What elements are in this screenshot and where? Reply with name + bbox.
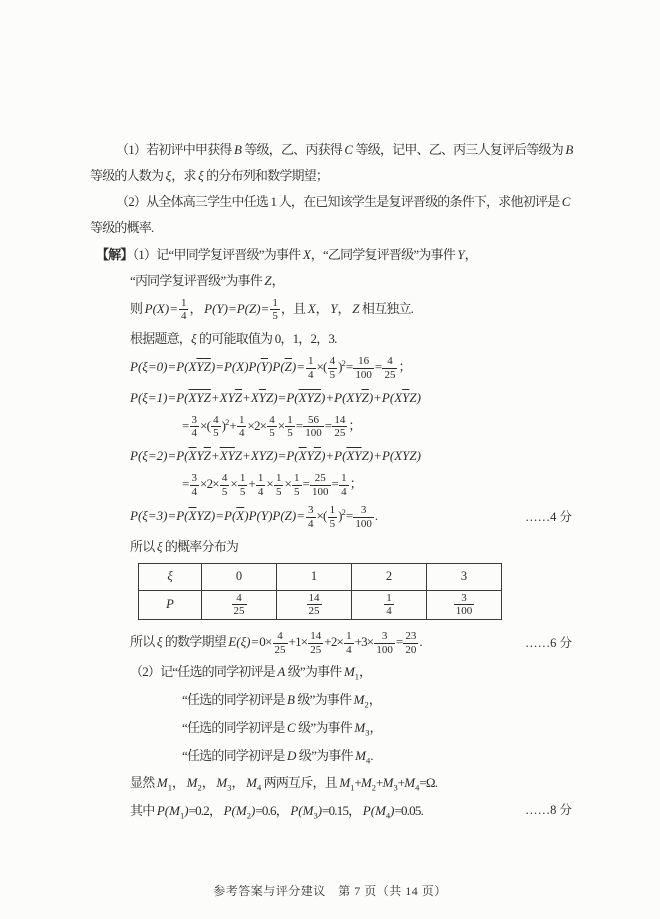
math-run: )+P(X bbox=[369, 390, 402, 405]
text-run: × bbox=[266, 476, 273, 491]
math-run: P(ξ=2)=P( bbox=[130, 448, 188, 463]
fraction: 25100 bbox=[310, 472, 331, 498]
score-marker: ……4 分 bbox=[525, 508, 572, 527]
text-run: × bbox=[230, 476, 237, 491]
solution-event-z: “丙同学复评晋级”为事件 Z， bbox=[130, 271, 576, 291]
text-run: +2× bbox=[324, 634, 343, 649]
formula-p-xi-2: P(ξ=2)=P(XYZ+XYZ+XYZ)=P(XYZ)+P(XYZ)+P(XY… bbox=[130, 446, 576, 466]
score-marker: ……6 分 bbox=[525, 634, 572, 653]
text-run: 级”为事件 bbox=[296, 720, 355, 735]
text-run: （1）记“甲同学复评晋级”为事件 bbox=[133, 247, 303, 262]
math-run: )= bbox=[292, 359, 305, 374]
fraction: 425 bbox=[273, 630, 288, 656]
text-run: = bbox=[182, 476, 189, 491]
text-run: =0.15， bbox=[322, 803, 363, 818]
math-overline-run: Y bbox=[196, 359, 203, 374]
table-cell: 3100 bbox=[427, 590, 502, 619]
text-run: = bbox=[296, 418, 303, 433]
text-run: 所以 bbox=[130, 539, 157, 554]
fraction: 2320 bbox=[403, 630, 418, 656]
math-run: Y bbox=[330, 301, 337, 316]
math-overline-run: XYZ bbox=[188, 390, 210, 405]
text-run: ，且 bbox=[281, 301, 308, 316]
math-run: Z)+P(XYZ) bbox=[362, 448, 421, 463]
fraction: 15 bbox=[292, 472, 302, 498]
text-run: = bbox=[325, 418, 332, 433]
math-run: YZ)=P( bbox=[196, 509, 236, 524]
text-run: （2）记“任选的同学初评是 bbox=[130, 664, 277, 679]
fraction: 15 bbox=[274, 472, 284, 498]
fraction: 34 bbox=[306, 504, 316, 530]
text-run: ， bbox=[359, 664, 371, 679]
math-run: X bbox=[308, 301, 316, 316]
fraction: 425 bbox=[382, 355, 397, 381]
table-cell: 2 bbox=[352, 563, 427, 590]
table-cell: 3 bbox=[427, 563, 502, 590]
text-run: = bbox=[396, 634, 403, 649]
text-run: = bbox=[375, 359, 382, 374]
problem-part1-line1: （1）若初评中甲获得 B 等级，乙、丙获得 C 等级，记甲、乙、丙三人复评后等级… bbox=[116, 140, 576, 160]
text-run: = bbox=[332, 476, 339, 491]
table-cell: P bbox=[139, 590, 202, 619]
text-run: 3 bbox=[461, 569, 467, 583]
text-run: ×( bbox=[317, 509, 327, 524]
fraction: 14 bbox=[306, 355, 316, 381]
part2-mutual-exclusive: 显然 M1， M2， M3， M4 两两互斥，且 M1+M2+M3+M4=Ω. bbox=[130, 773, 576, 795]
fraction: 1425 bbox=[308, 630, 323, 656]
text-run: ， bbox=[172, 775, 187, 790]
part2-event-m4: “任选的同学初评是 D 级”为事件 M4. bbox=[182, 746, 576, 768]
text-run: = bbox=[346, 509, 353, 524]
formula-p-xi-0: P(ξ=0)=P(XYZ)=P(X)P(Y)P(Z)=14×(45)2=1610… bbox=[130, 355, 576, 381]
text-run: 1 bbox=[311, 569, 317, 583]
math-overline-run: Z bbox=[204, 359, 211, 374]
fraction: 45 bbox=[267, 414, 277, 440]
math-run: Z bbox=[264, 273, 271, 288]
text-run: 相互独立. bbox=[359, 301, 413, 316]
fraction: 425 bbox=[232, 592, 247, 618]
document-content: （1）若初评中甲获得 B 等级，乙、丙获得 C 等级，记甲、乙、丙三人复评后等级… bbox=[90, 140, 576, 829]
math-run: C bbox=[562, 194, 571, 209]
table-row: P4251425143100 bbox=[139, 590, 502, 619]
text-run: “任选的同学初评是 bbox=[182, 692, 287, 707]
page-footer: 参考答案与评分建议 第 7 页（共 14 页） bbox=[0, 882, 660, 899]
text-run: =0.2， bbox=[189, 803, 224, 818]
text-run: ， bbox=[202, 775, 217, 790]
text-run: . bbox=[419, 634, 421, 649]
distribution-table: ξ0123P4251425143100 bbox=[138, 563, 502, 620]
text-run: . bbox=[370, 748, 372, 763]
text-run: 等级，乙、丙获得 bbox=[242, 142, 345, 157]
math-run: M bbox=[355, 748, 366, 763]
text-run: 其中 bbox=[130, 803, 157, 818]
text-run: 的分布列和数学期望； bbox=[204, 168, 328, 183]
fraction: 56100 bbox=[303, 414, 324, 440]
math-run: M bbox=[361, 775, 372, 790]
math-run: M bbox=[157, 775, 168, 790]
math-run: M bbox=[187, 775, 198, 790]
solution-probabilities: 则 P(X)=14， P(Y)=P(Z)=15，且 X， Y， Z 相互独立. bbox=[130, 297, 576, 323]
math-run: P(M bbox=[363, 803, 386, 818]
math-run: P(ξ=0)=P(X bbox=[130, 359, 196, 374]
fraction: 1425 bbox=[332, 414, 347, 440]
text-run: =0.6， bbox=[255, 803, 290, 818]
fraction: 45 bbox=[328, 355, 338, 381]
fraction: 15 bbox=[238, 472, 248, 498]
fraction: 3100 bbox=[454, 592, 475, 618]
table-cell: 1 bbox=[277, 563, 352, 590]
math-overline-run: Z bbox=[362, 390, 369, 405]
text-run: +1× bbox=[289, 634, 308, 649]
math-overline-run: XY bbox=[220, 448, 235, 463]
solution-xi-values: 根据题意，ξ 的可能取值为 0，1，2，3. bbox=[130, 329, 576, 349]
text-run: . bbox=[375, 509, 377, 524]
fraction: 15 bbox=[270, 297, 280, 323]
text-run: 的概率分布为 bbox=[162, 539, 238, 554]
math-run: Y bbox=[457, 247, 464, 262]
part2-event-m3: “任选的同学初评是 C 级”为事件 M3， bbox=[182, 718, 576, 740]
text-run: = bbox=[303, 476, 310, 491]
part2-event-m2: “任选的同学初评是 B 级”为事件 M2， bbox=[182, 690, 576, 712]
math-run: M bbox=[354, 692, 365, 707]
text-run: （2）从全体高三学生中任选 1 人，在已知该学生是复评晋级的条件下，求他初评是 bbox=[116, 194, 562, 209]
text-run: 级”为事件 bbox=[285, 664, 344, 679]
math-overline-run: Y bbox=[259, 390, 266, 405]
text-run: ×( bbox=[200, 418, 210, 433]
math-run: +XY bbox=[211, 390, 235, 405]
text-run: ， bbox=[465, 247, 477, 262]
math-run: M bbox=[216, 775, 227, 790]
bold-label: 【解】 bbox=[96, 247, 133, 262]
fraction: 16100 bbox=[353, 355, 374, 381]
fraction: 1425 bbox=[307, 592, 322, 618]
text-run: 0 bbox=[236, 569, 242, 583]
table-cell: 425 bbox=[202, 590, 277, 619]
fraction: 34 bbox=[190, 414, 200, 440]
text-run: 的数学期望 bbox=[162, 634, 228, 649]
math-run: M bbox=[404, 775, 415, 790]
text-run: “任选的同学初评是 bbox=[182, 720, 287, 735]
text-run: ×2× bbox=[200, 476, 219, 491]
fraction: 45 bbox=[211, 414, 221, 440]
math-run: P(ξ=1)=P( bbox=[130, 390, 188, 405]
math-run: +X bbox=[242, 390, 259, 405]
math-run: P bbox=[166, 597, 174, 611]
text-run: ，“乙同学复评晋级”为事件 bbox=[311, 247, 458, 262]
solution-intro: 【解】（1）记“甲同学复评晋级”为事件 X，“乙同学复评晋级”为事件 Y， bbox=[96, 245, 576, 265]
math-run: M bbox=[354, 720, 365, 735]
text-run: ， bbox=[231, 775, 246, 790]
math-run: )P( bbox=[268, 359, 285, 374]
math-overline-run: XYZ bbox=[299, 390, 321, 405]
fraction: 14 bbox=[344, 630, 354, 656]
math-overline-run: Z bbox=[285, 359, 292, 374]
text-run: ， bbox=[369, 720, 381, 735]
text-run: ×2× bbox=[247, 418, 266, 433]
text-run: × bbox=[278, 418, 285, 433]
math-overline-run: XY bbox=[346, 448, 361, 463]
math-run: X bbox=[303, 247, 311, 262]
math-run: B bbox=[234, 142, 242, 157]
table-cell: ξ bbox=[139, 563, 202, 590]
math-run: B bbox=[565, 142, 573, 157]
formula-p-xi-1-cont: =34×(45)2+14×2×45×15=56100=1425； bbox=[182, 414, 576, 440]
text-run: ， bbox=[272, 273, 284, 288]
text-run: 所以 bbox=[130, 634, 157, 649]
math-run: M bbox=[339, 775, 350, 790]
text-run: ； bbox=[350, 476, 362, 491]
math-overline-run: Z bbox=[314, 448, 321, 463]
text-run: = bbox=[346, 359, 353, 374]
text-run: × bbox=[284, 476, 291, 491]
text-run: + bbox=[229, 418, 236, 433]
document-page: （1）若初评中甲获得 B 等级，乙、丙获得 C 等级，记甲、乙、丙三人复评后等级… bbox=[0, 0, 660, 919]
formula-p-xi-1: P(ξ=1)=P(XYZ+XYZ+XYZ)=P(XYZ)+P(XYZ)+P(XY… bbox=[130, 388, 576, 408]
math-run: Y bbox=[196, 448, 203, 463]
math-run: Z) bbox=[409, 390, 421, 405]
math-run: Z+XYZ)=P( bbox=[235, 448, 299, 463]
math-run: M bbox=[246, 775, 257, 790]
text-run: 2 bbox=[386, 569, 392, 583]
math-run: )+P( bbox=[321, 448, 346, 463]
math-run: + bbox=[211, 448, 220, 463]
text-run: ×( bbox=[317, 359, 327, 374]
math-run: P(ξ=3)=P( bbox=[130, 509, 188, 524]
math-run: ξ bbox=[167, 569, 172, 583]
text-run: 等级的人数为 bbox=[90, 168, 166, 183]
score-marker: ……8 分 bbox=[525, 801, 572, 820]
text-run: =Ω. bbox=[419, 775, 437, 790]
fraction: 3100 bbox=[374, 630, 395, 656]
text-run: “任选的同学初评是 bbox=[182, 748, 287, 763]
text-run: = bbox=[182, 418, 189, 433]
text-run: ， bbox=[369, 692, 381, 707]
text-run: +3× bbox=[355, 634, 374, 649]
text-run: ， bbox=[189, 301, 204, 316]
math-overline-run: X bbox=[299, 448, 307, 463]
math-overline-run: Z bbox=[204, 448, 211, 463]
text-run: （1）若初评中甲获得 bbox=[116, 142, 234, 157]
math-run: P(M bbox=[290, 803, 313, 818]
problem-part2-line2: 等级的概率. bbox=[90, 218, 576, 238]
fraction: 14 bbox=[237, 414, 247, 440]
math-run: )+P(XY bbox=[321, 390, 362, 405]
text-run: 的可能取值为 0，1，2，3. bbox=[197, 331, 337, 346]
text-run: 级”为事件 bbox=[295, 692, 354, 707]
text-run: ， bbox=[338, 301, 353, 316]
text-run: “丙同学复评晋级”为事件 bbox=[130, 273, 264, 288]
text-run: 显然 bbox=[130, 775, 157, 790]
part2-event-m1: （2）记“任选的同学初评是 A 级”为事件 M1， bbox=[130, 662, 576, 684]
math-overline-run: Z bbox=[235, 390, 242, 405]
math-run: C bbox=[344, 142, 353, 157]
text-run: + bbox=[248, 476, 255, 491]
fraction: 14 bbox=[339, 472, 349, 498]
text-run: 0× bbox=[259, 634, 271, 649]
math-run: M bbox=[344, 664, 355, 679]
text-run: ； bbox=[348, 418, 360, 433]
text-run: 等级的概率. bbox=[90, 220, 153, 235]
formula-p-xi-3: P(ξ=3)=P(XYZ)=P(X)P(Y)P(Z)=34×(15)2=3100… bbox=[130, 504, 576, 530]
math-run: M bbox=[383, 775, 394, 790]
text-run: 级”为事件 bbox=[296, 748, 355, 763]
math-run: D bbox=[287, 748, 296, 763]
math-run: E(ξ)= bbox=[228, 634, 259, 649]
text-run: 则 bbox=[130, 301, 145, 316]
math-overline-run: Y bbox=[261, 359, 268, 374]
fraction: 14 bbox=[179, 297, 189, 323]
math-run: Y bbox=[307, 448, 314, 463]
text-run: ， bbox=[316, 301, 331, 316]
math-run: P(X)= bbox=[145, 301, 178, 316]
table-cell: 14 bbox=[352, 590, 427, 619]
problem-part1-line2: 等级的人数为 ξ，求 ξ 的分布列和数学期望； bbox=[90, 166, 576, 186]
fraction: 15 bbox=[328, 504, 338, 530]
text-run: ，求 bbox=[171, 168, 198, 183]
table-row: ξ0123 bbox=[139, 563, 502, 590]
math-run: )P(Y)P(Z)= bbox=[244, 509, 305, 524]
math-run: )=P(X)P( bbox=[211, 359, 261, 374]
table-cell: 1425 bbox=[277, 590, 352, 619]
fraction: 15 bbox=[285, 414, 295, 440]
table-cell: 0 bbox=[202, 563, 277, 590]
expectation-line: 所以 ξ 的数学期望 E(ξ)=0×425+1×1425+2×14+3×3100… bbox=[130, 630, 576, 656]
fraction: 45 bbox=[220, 472, 230, 498]
fraction: 14 bbox=[384, 592, 394, 618]
math-run: P(Y)=P(Z)= bbox=[204, 301, 269, 316]
part2-probabilities: 其中 P(M1)=0.2， P(M2)=0.6， P(M3)=0.15， P(M… bbox=[130, 801, 576, 823]
text-run: 等级，记甲、乙、丙三人复评后等级为 bbox=[353, 142, 565, 157]
formula-p-xi-2-cont: =34×2×45×15+14×15×15=25100=14； bbox=[182, 472, 576, 498]
problem-part2-line1: （2）从全体高三学生中任选 1 人，在已知该学生是复评晋级的条件下，求他初评是 … bbox=[116, 192, 576, 212]
fraction: 14 bbox=[256, 472, 266, 498]
text-run: ； bbox=[398, 359, 410, 374]
math-run: C bbox=[287, 720, 296, 735]
fraction: 3100 bbox=[353, 504, 374, 530]
text-run: 根据题意， bbox=[130, 331, 191, 346]
distribution-caption: 所以 ξ 的概率分布为 bbox=[130, 537, 576, 557]
fraction: 34 bbox=[190, 472, 200, 498]
text-run: 两两互斥，且 bbox=[261, 775, 339, 790]
math-run: P(M bbox=[157, 803, 180, 818]
text-run: =0.05. bbox=[395, 803, 424, 818]
math-run: P(M bbox=[224, 803, 247, 818]
math-run: Z)=P( bbox=[266, 390, 299, 405]
math-run: B bbox=[287, 692, 295, 707]
